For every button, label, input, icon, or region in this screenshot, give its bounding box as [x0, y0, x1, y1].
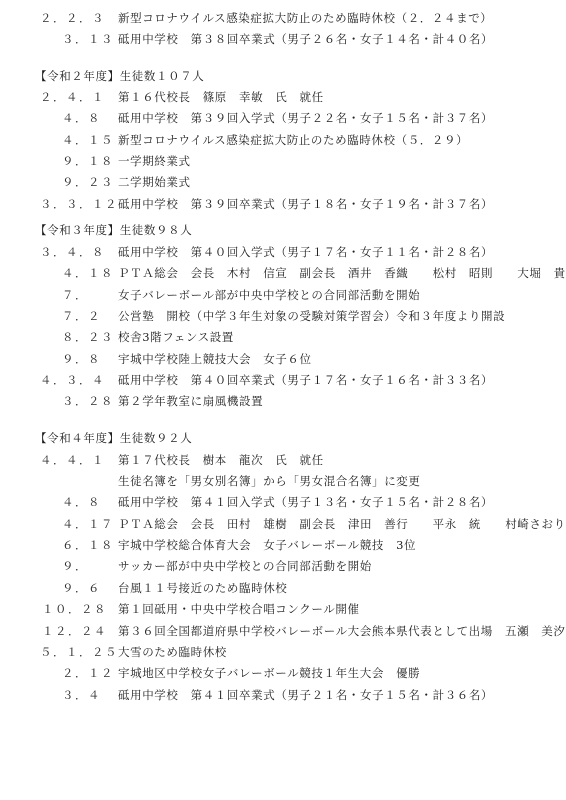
entry-text: 新型コロナウイルス感染症拡大防止のため臨時休校（５．２９） — [118, 130, 468, 150]
entry-date: １２．２４ — [42, 621, 107, 641]
entry-date: ７． — [62, 285, 88, 305]
entry-date: ９．８ — [62, 349, 101, 369]
timeline-entry: ９．２３ 二学期始業式 — [0, 172, 566, 192]
timeline-entry: ８．２３ 校舎3階フェンス設置 — [0, 327, 566, 347]
timeline-entry: ４．８ 砥用中学校 第３９回入学式（男子２２名・女子１５名・計３７名） — [0, 108, 566, 128]
entry-text: 砥用中学校 第４０回卒業式（男子１７名・女子１６名・計３３名） — [118, 370, 493, 390]
timeline-entry: ７．２ 公営塾 開校（中学３年生対象の受験対策学習会）令和３年度より開設 — [0, 306, 566, 326]
entry-text: 一学期終業式 — [118, 151, 191, 171]
entry-date: ２．２．３ — [40, 8, 105, 28]
entry-text: 台風１１号接近のため臨時休校 — [118, 578, 287, 598]
entry-date: ９．６ — [62, 578, 101, 598]
entry-date: ３．４．８ — [40, 242, 105, 262]
entry-date: ３．１３ — [62, 29, 114, 49]
entry-text: 砥用中学校 第３８回卒業式（男子２６名・女子１４名・計４０名） — [118, 29, 493, 49]
entry-date: ９．１８ — [62, 151, 114, 171]
entry-text: 砥用中学校 第３９回卒業式（男子１８名・女子１９名・計３７名） — [118, 194, 493, 214]
timeline-entry: ２．４．１ 第１６代校長 篠原 幸敏 氏 就任 — [0, 87, 566, 107]
entry-date: ８．２３ — [62, 327, 114, 347]
entry-text: 砥用中学校 第４０回入学式（男子１７名・女子１１名・計２８名） — [118, 242, 493, 262]
entry-date: ９．２３ — [62, 172, 114, 192]
timeline-entry: ３．３．１２ 砥用中学校 第３９回卒業式（男子１８名・女子１９名・計３７名） — [0, 194, 566, 214]
timeline-entry: ４．１５ 新型コロナウイルス感染症拡大防止のため臨時休校（５．２９） — [0, 130, 566, 150]
timeline-entry: ６．１８ 宇城中学校総合体育大会 女子バレーボール競技 3位 — [0, 535, 566, 555]
entry-text: サッカー部が中央中学校との合同部活動を開始 — [118, 556, 372, 576]
timeline-entry: ４．１７ ＰＴＡ総会 会長 田村 雄樹 副会長 津田 善行 平永 統 村崎さおり — [0, 514, 566, 534]
timeline-entry: ４．８ 砥用中学校 第４１回入学式（男子１３名・女子１５名・計２８名） — [0, 492, 566, 512]
entry-text: ＰＴＡ総会 会長 田村 雄樹 副会長 津田 善行 平永 統 村崎さおり — [118, 514, 566, 534]
entry-text: 第１６代校長 篠原 幸敏 氏 就任 — [118, 87, 324, 107]
timeline-entry: ５．１．２５ 大雪のため臨時休校 — [0, 642, 566, 662]
entry-date: ５．１．２５ — [40, 642, 118, 662]
entry-date: ３．３．１２ — [40, 194, 118, 214]
timeline-entry: ４．４．１ 第１７代校長 樹本 龍次 氏 就任 — [0, 450, 566, 470]
timeline-entry: ３．４．８ 砥用中学校 第４０回入学式（男子１７名・女子１１名・計２８名） — [0, 242, 566, 262]
entry-text: 宇城中学校総合体育大会 女子バレーボール競技 3位 — [118, 535, 416, 555]
entry-text: 宇城中学校陸上競技大会 女子６位 — [118, 349, 312, 369]
timeline-entry: ４．３．４ 砥用中学校 第４０回卒業式（男子１７名・女子１６名・計３３名） — [0, 370, 566, 390]
timeline-entry: ９． サッカー部が中央中学校との合同部活動を開始 — [0, 556, 566, 576]
timeline-entry: ７． 女子バレーボール部が中央中学校との合同部活動を開始 — [0, 285, 566, 305]
timeline-entry: ４．１８ ＰＴＡ総会 会長 木村 信宣 副会長 酒井 香織 松村 昭則 大堀 貴… — [0, 263, 566, 283]
entry-text: 大雪のため臨時休校 — [118, 642, 227, 662]
entry-date: ３．４ — [62, 685, 101, 705]
document-page: ２．２．３ 新型コロナウイルス感染症拡大防止のため臨時休校（２．２４まで） ３．… — [0, 0, 566, 800]
entry-text: 二学期始業式 — [118, 172, 191, 192]
timeline-entry: 生徒名簿を「男女別名簿」から「男女混合名簿」に変更 — [0, 471, 566, 491]
entry-text: 第１回砥用・中央中学校合唱コンクール開催 — [118, 599, 360, 619]
entry-text: 新型コロナウイルス感染症拡大防止のため臨時休校（２．２４まで） — [118, 8, 492, 28]
entry-date: ４．８ — [62, 492, 101, 512]
entry-date: ９． — [62, 556, 88, 576]
entry-date: ２．４．１ — [40, 87, 105, 107]
section-header-reiwa3: 【令和３年度】生徒数９８人 — [35, 220, 192, 240]
entry-text: 砥用中学校 第４１回入学式（男子１３名・女子１５名・計２８名） — [118, 492, 493, 512]
section-header-reiwa2: 【令和２年度】生徒数１０７人 — [35, 66, 204, 86]
timeline-entry: ３．２８ 第２学年教室に扇風機設置 — [0, 391, 566, 411]
entry-text: ＰＴＡ総会 会長 木村 信宣 副会長 酒井 香織 松村 昭則 大堀 貴宏 — [118, 263, 566, 283]
entry-text: 公営塾 開校（中学３年生対象の受験対策学習会）令和３年度より開設 — [118, 306, 505, 326]
entry-text: 生徒名簿を「男女別名簿」から「男女混合名簿」に変更 — [118, 471, 421, 491]
timeline-entry: ２．１２ 宇城地区中学校女子バレーボール競技１年生大会 優勝 — [0, 663, 566, 683]
entry-text: 砥用中学校 第３９回入学式（男子２２名・女子１５名・計３７名） — [118, 108, 493, 128]
entry-date: ４．３．４ — [40, 370, 105, 390]
timeline-entry: １２．２４ 第３６回全国都道府県中学校バレーボール大会熊本県代表として出場 五瀬… — [0, 621, 566, 641]
entry-text: 第２学年教室に扇風機設置 — [118, 391, 263, 411]
timeline-entry: １０．２８ 第１回砥用・中央中学校合唱コンクール開催 — [0, 599, 566, 619]
entry-text: 宇城地区中学校女子バレーボール競技１年生大会 優勝 — [118, 663, 420, 683]
timeline-entry: ２．２．３ 新型コロナウイルス感染症拡大防止のため臨時休校（２．２４まで） — [0, 8, 566, 28]
entry-date: ４．１８ — [62, 263, 114, 283]
entry-date: ３．２８ — [62, 391, 114, 411]
entry-date: ２．１２ — [62, 663, 114, 683]
timeline-entry: ９．１８ 一学期終業式 — [0, 151, 566, 171]
entry-date: ７．２ — [62, 306, 101, 326]
entry-text: 第３６回全国都道府県中学校バレーボール大会熊本県代表として出場 五瀬 美汐 — [118, 621, 565, 641]
timeline-entry: ３．１３ 砥用中学校 第３８回卒業式（男子２６名・女子１４名・計４０名） — [0, 29, 566, 49]
section-header-reiwa4: 【令和４年度】生徒数９２人 — [35, 428, 192, 448]
entry-text: 女子バレーボール部が中央中学校との合同部活動を開始 — [118, 285, 420, 305]
timeline-entry: ３．４ 砥用中学校 第４１回卒業式（男子２１名・女子１５名・計３６名） — [0, 685, 566, 705]
entry-text: 校舎3階フェンス設置 — [118, 327, 234, 347]
timeline-entry: ９．８ 宇城中学校陸上競技大会 女子６位 — [0, 349, 566, 369]
entry-date: ６．１８ — [62, 535, 114, 555]
entry-date: ４．８ — [62, 108, 101, 128]
entry-date: ４．４．１ — [40, 450, 105, 470]
entry-text: 砥用中学校 第４１回卒業式（男子２１名・女子１５名・計３６名） — [118, 685, 493, 705]
entry-date: １０．２８ — [42, 599, 107, 619]
entry-date: ４．１７ — [62, 514, 114, 534]
entry-date: ４．１５ — [62, 130, 114, 150]
timeline-entry: ９．６ 台風１１号接近のため臨時休校 — [0, 578, 566, 598]
entry-text: 第１７代校長 樹本 龍次 氏 就任 — [118, 450, 324, 470]
